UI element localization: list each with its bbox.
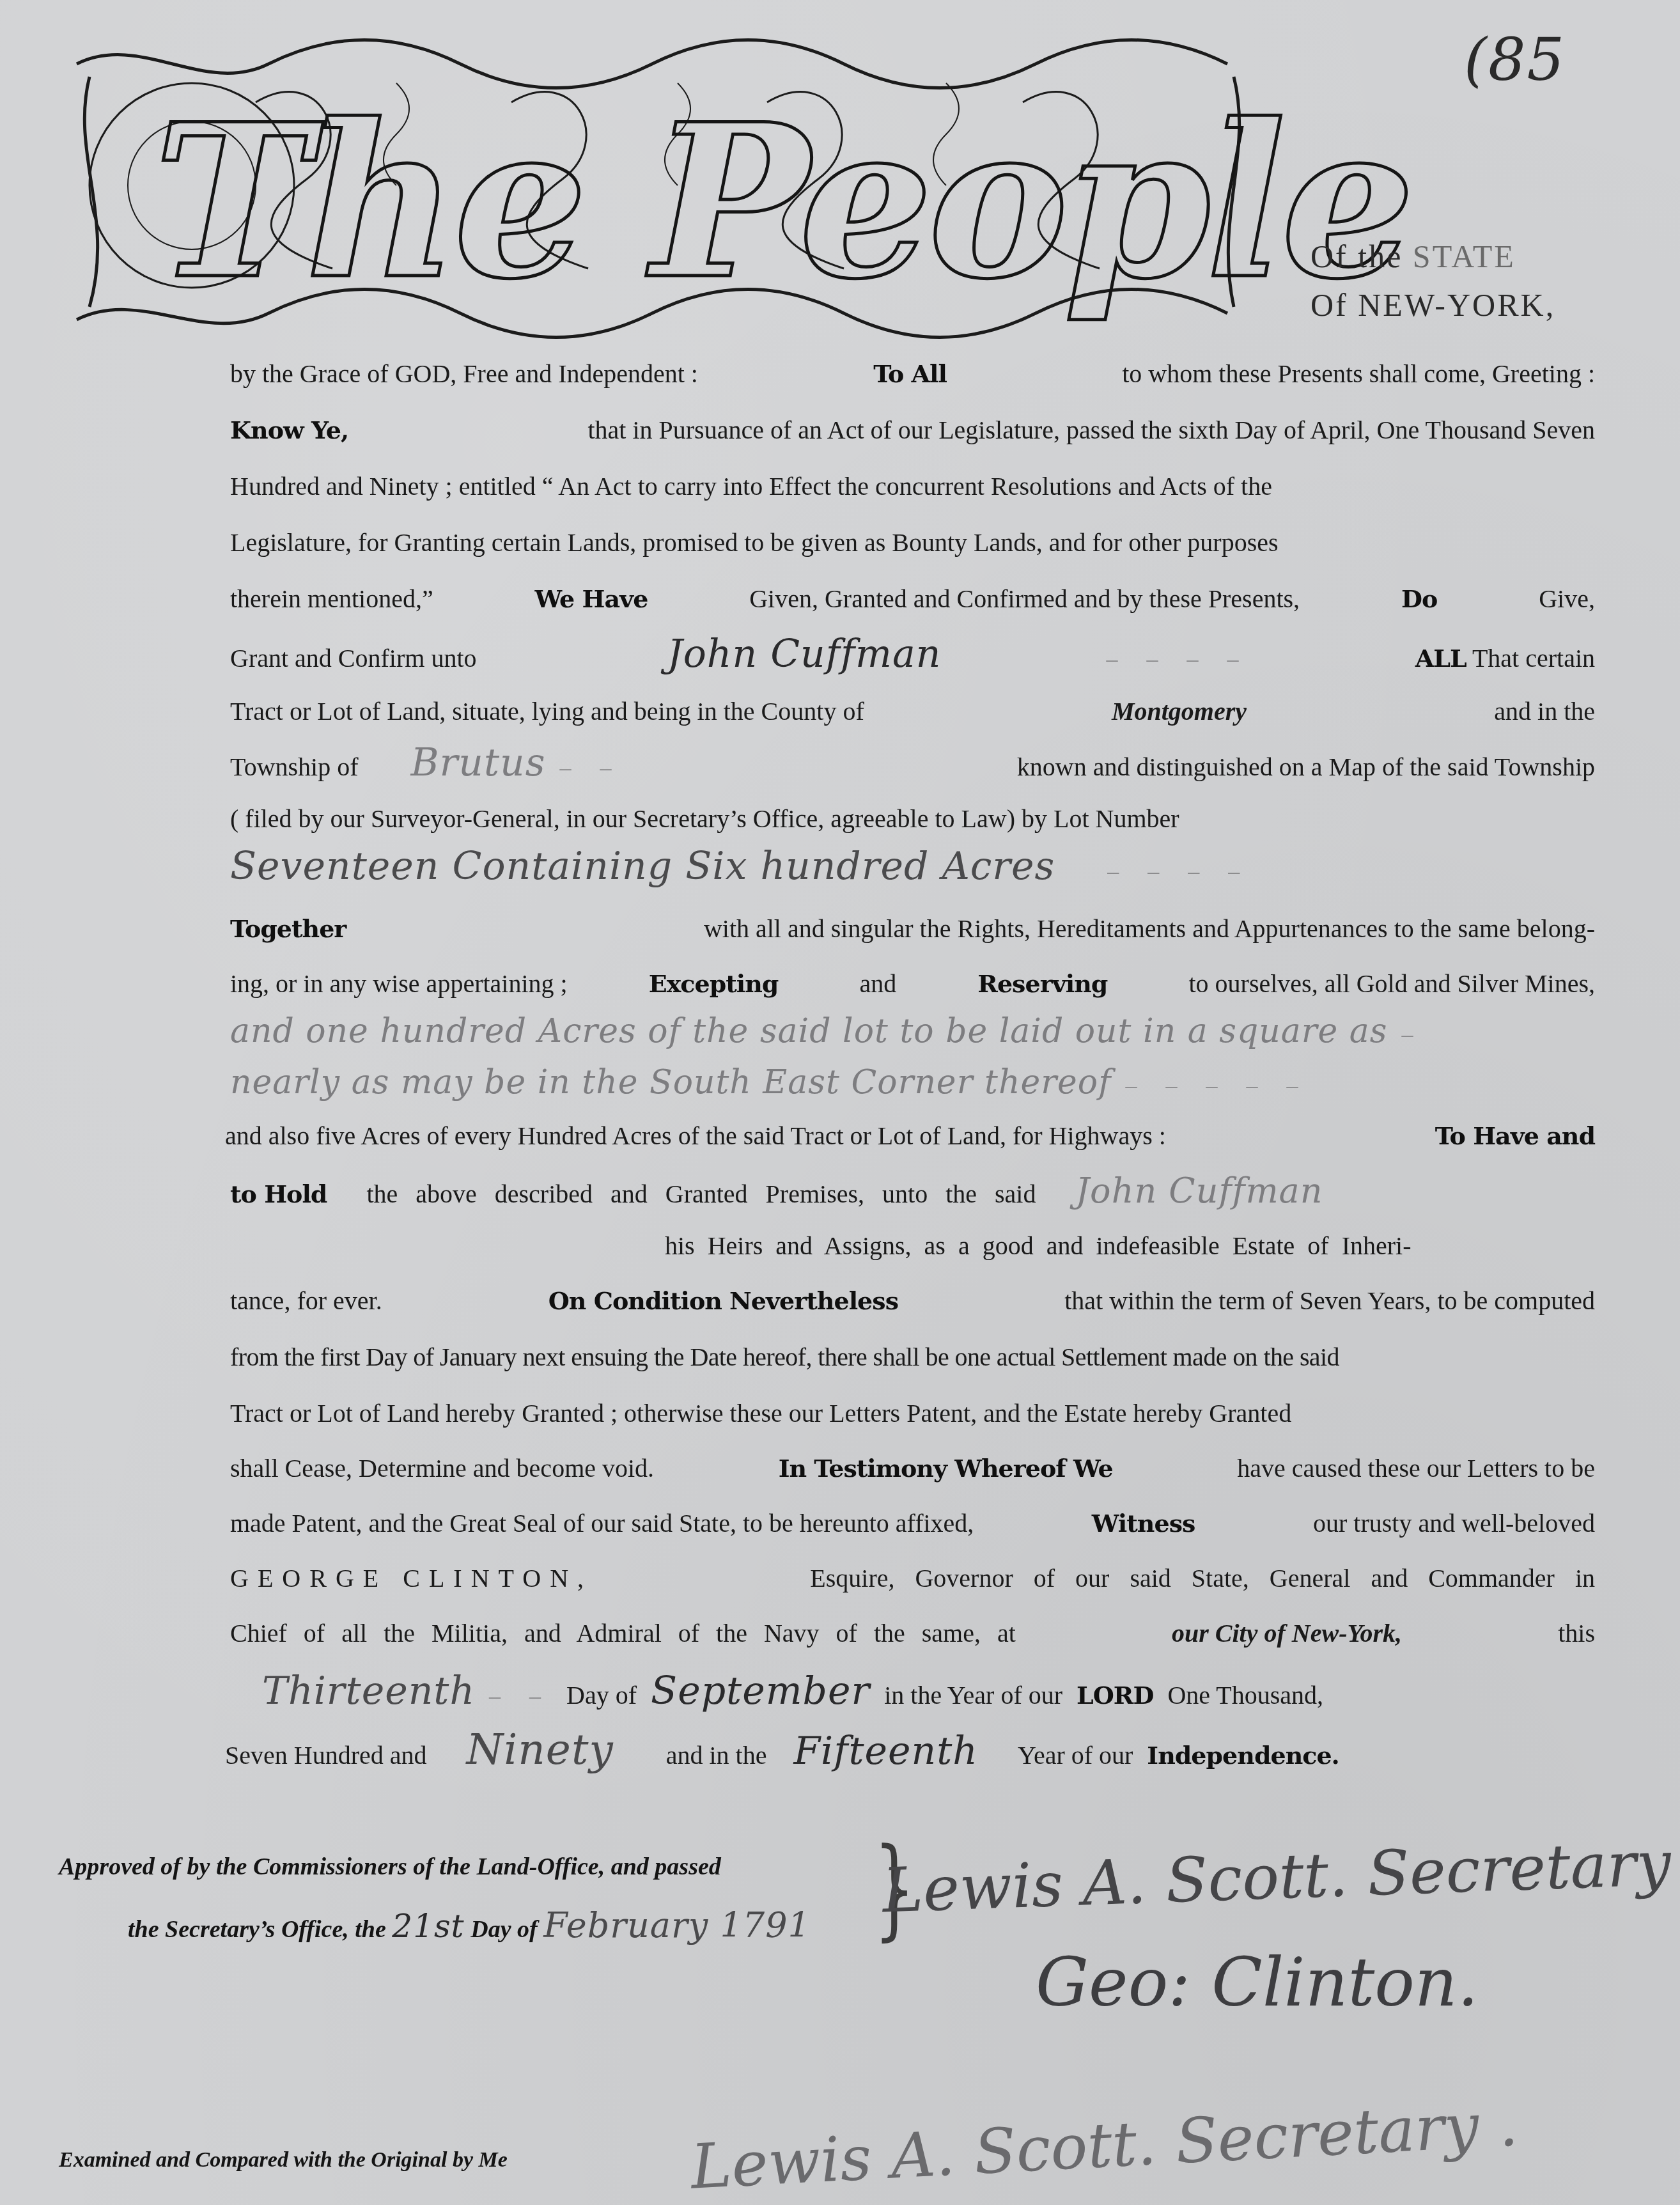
text: That certain bbox=[1472, 644, 1595, 673]
text: his Heirs and Assigns, as a good and ind… bbox=[665, 1230, 1412, 1262]
text: therein mentioned,” bbox=[230, 583, 433, 615]
fill-dashes: – – bbox=[489, 1680, 552, 1712]
body-line-10: Together with all and singular the Right… bbox=[230, 913, 1595, 945]
blackletter-text: Do bbox=[1401, 583, 1437, 615]
text: and also five Acres of every Hundred Acr… bbox=[225, 1120, 1166, 1152]
body-line-3: Hundred and Ninety ; entitled “ An Act t… bbox=[230, 471, 1595, 503]
text: Seven Hundred and bbox=[225, 1740, 426, 1772]
text: have caused these our Letters to be bbox=[1237, 1453, 1595, 1484]
text: One Thousand, bbox=[1167, 1679, 1323, 1711]
reservation-line-1: and one hundred Acres of the said lot to… bbox=[230, 1015, 1595, 1050]
day-handwritten: Thirteenth bbox=[262, 1675, 475, 1707]
text: with all and singular the Rights, Heredi… bbox=[704, 913, 1595, 945]
body-line-5: therein mentioned,” We Have Given, Grant… bbox=[230, 583, 1595, 615]
text: by the Grace of GOD, Free and Independen… bbox=[230, 358, 698, 390]
text: Given, Granted and Confirmed and by thes… bbox=[749, 583, 1300, 615]
text: the Secretary’s Office, the bbox=[128, 1916, 386, 1943]
text: to ourselves, all Gold and Silver Mines, bbox=[1189, 968, 1595, 1000]
state-line-1: Of the STATE bbox=[1311, 238, 1516, 275]
blackletter-text: Witness bbox=[1092, 1508, 1195, 1539]
body-line-21: Chief of all the Militia, and Admiral of… bbox=[230, 1617, 1595, 1649]
text: Tract or Lot of Land, situate, lying and… bbox=[230, 696, 864, 728]
approval-line-1: Approved of by the Commissioners of the … bbox=[59, 1853, 721, 1881]
body-line-9: ( filed by our Surveyor-General, in our … bbox=[230, 803, 1595, 835]
document-page: (85 The People Of the STATE bbox=[0, 0, 1680, 2205]
blackletter-text: In Testimony Whereof We bbox=[779, 1453, 1113, 1484]
body-line-8: Township of Brutus – – known and disting… bbox=[230, 747, 1595, 784]
blackletter-text: Independence. bbox=[1147, 1740, 1339, 1772]
blackletter-text: On Condition Nevertheless bbox=[548, 1285, 898, 1317]
fill-dashes: – bbox=[1402, 1018, 1425, 1050]
body-line-17: Tract or Lot of Land hereby Granted ; ot… bbox=[230, 1398, 1595, 1430]
blackletter-text: To Have and bbox=[1435, 1120, 1595, 1152]
year-handwritten: Ninety bbox=[466, 1734, 613, 1766]
folio-number: (85 bbox=[1464, 26, 1566, 94]
blackletter-text: We Have bbox=[535, 583, 648, 615]
body-line-2: Know Ye, that in Pursuance of an Act of … bbox=[230, 414, 1595, 446]
blackletter-text: Together bbox=[230, 913, 346, 945]
text: made Patent, and the Great Seal of our s… bbox=[230, 1508, 974, 1539]
body-line-7: Tract or Lot of Land, situate, lying and… bbox=[230, 696, 1595, 728]
state-prefix: Of the bbox=[1311, 238, 1403, 274]
body-line-16: from the first Day of January next ensui… bbox=[230, 1341, 1595, 1373]
text: Township of bbox=[230, 751, 359, 783]
blackletter-text: LORD bbox=[1077, 1679, 1153, 1711]
city-name: our City of New-York, bbox=[1172, 1617, 1402, 1649]
blackletter-text: to Hold bbox=[230, 1178, 327, 1210]
reservation-text: and one hundred Acres of the said lot to… bbox=[230, 1015, 1388, 1047]
text: ing, or in any wise appertaining ; bbox=[230, 968, 568, 1000]
blackletter-text: ALL bbox=[1415, 644, 1466, 673]
secretary-signature: Lewis A. Scott. Secretary bbox=[881, 1827, 1672, 1926]
text: in the Year of our bbox=[884, 1679, 1062, 1711]
text: and bbox=[860, 968, 897, 1000]
body-line-20: GEORGE CLINTON, Esquire, Governor of our… bbox=[230, 1562, 1595, 1594]
approval-date: February 1791 bbox=[543, 1905, 811, 1945]
body-line-12: and also five Acres of every Hundred Acr… bbox=[225, 1120, 1595, 1152]
body-line-15: tance, for ever. On Condition Neverthele… bbox=[230, 1285, 1595, 1317]
text: Day of bbox=[471, 1916, 537, 1943]
month-handwritten: September bbox=[651, 1675, 870, 1707]
text: Legislature, for Granting certain Lands,… bbox=[230, 527, 1279, 559]
reservation-text: nearly as may be in the South East Corne… bbox=[230, 1066, 1111, 1098]
text: known and distinguished on a Map of the … bbox=[1017, 751, 1595, 783]
text: to whom these Presents shall come, Greet… bbox=[1122, 358, 1595, 390]
text: that in Pursuance of an Act of our Legis… bbox=[587, 414, 1595, 446]
text: Esquire, Governor of our said State, Gen… bbox=[810, 1562, 1595, 1594]
fill-dashes: – – – – – bbox=[1125, 1070, 1309, 1102]
body-line-4: Legislature, for Granting certain Lands,… bbox=[230, 527, 1595, 559]
text: shall Cease, Determine and become void. bbox=[230, 1453, 654, 1484]
heading-title: The People bbox=[153, 96, 1410, 307]
body-line-22: Thirteenth – – Day of September in the Y… bbox=[230, 1675, 1595, 1712]
blackletter-text: To All bbox=[873, 358, 947, 390]
body-line-18: shall Cease, Determine and become void. … bbox=[230, 1453, 1595, 1484]
body-line-1: by the Grace of GOD, Free and Independen… bbox=[230, 358, 1595, 390]
text: Day of bbox=[566, 1679, 637, 1711]
body-line-14: his Heirs and Assigns, as a good and ind… bbox=[665, 1230, 1595, 1262]
state-word: STATE bbox=[1413, 238, 1516, 274]
fill-dashes: – – – – bbox=[1107, 643, 1250, 675]
examined-signature: Lewis A. Scott. Secretary . bbox=[689, 2088, 1520, 2203]
body-line-6: Grant and Confirm unto John Cuffman – – … bbox=[230, 638, 1595, 675]
fill-dashes: – – bbox=[560, 752, 623, 784]
fill-dashes: – – – – bbox=[1107, 855, 1251, 887]
text: that within the term of Seven Years, to … bbox=[1064, 1285, 1595, 1317]
lot-description-line: Seventeen Containing Six hundred Acres –… bbox=[230, 850, 1595, 887]
text: tance, for ever. bbox=[230, 1285, 382, 1317]
blackletter-text: Excepting bbox=[649, 968, 779, 1000]
text: Grant and Confirm unto bbox=[230, 643, 477, 674]
approval-line-2: the Secretary’s Office, the 21st Day of … bbox=[128, 1905, 811, 1945]
state-line-2: Of NEW-YORK, bbox=[1311, 286, 1555, 323]
text: from the first Day of January next ensui… bbox=[230, 1341, 1339, 1373]
ornate-heading: The People bbox=[64, 26, 1266, 345]
governor-name: GEORGE CLINTON, bbox=[230, 1562, 593, 1594]
text: Tract or Lot of Land hereby Granted ; ot… bbox=[230, 1398, 1291, 1430]
text: Chief of all the Militia, and Admiral of… bbox=[230, 1617, 1016, 1649]
text: this bbox=[1558, 1617, 1595, 1649]
blackletter-text: Reserving bbox=[977, 968, 1107, 1000]
text: the above described and Granted Premises… bbox=[366, 1178, 1036, 1210]
body-line-19: made Patent, and the Great Seal of our s… bbox=[230, 1508, 1595, 1539]
grantee-name-repeat: John Cuffman bbox=[1075, 1175, 1323, 1207]
text: our trusty and well-beloved bbox=[1313, 1508, 1595, 1539]
body-line-23: Seven Hundred and Ninety and in the Fift… bbox=[225, 1734, 1590, 1772]
body-line-11: ing, or in any wise appertaining ; Excep… bbox=[230, 968, 1595, 1000]
township-name: Brutus bbox=[411, 747, 546, 779]
blackletter-text: Know Ye, bbox=[230, 414, 348, 446]
text: ( filed by our Surveyor-General, in our … bbox=[230, 803, 1179, 835]
text: and in the bbox=[666, 1740, 767, 1772]
text: and in the bbox=[1494, 696, 1595, 728]
grantee-name: John Cuffman bbox=[667, 638, 942, 670]
examined-label: Examined and Compared with the Original … bbox=[59, 2148, 508, 2172]
county-name: Montgomery bbox=[1112, 696, 1247, 728]
lot-description: Seventeen Containing Six hundred Acres bbox=[230, 850, 1055, 882]
reservation-line-2: nearly as may be in the South East Corne… bbox=[230, 1066, 1595, 1102]
text: Give, bbox=[1539, 583, 1595, 615]
governor-signature: Geo: Clinton. bbox=[1036, 1944, 1479, 2022]
text: Year of our bbox=[1018, 1740, 1133, 1772]
independence-year-handwritten: Fifteenth bbox=[793, 1735, 978, 1767]
body-line-13: to Hold the above described and Granted … bbox=[230, 1175, 1595, 1210]
text: Hundred and Ninety ; entitled “ An Act t… bbox=[230, 471, 1272, 503]
approval-day: 21st bbox=[392, 1908, 464, 1945]
